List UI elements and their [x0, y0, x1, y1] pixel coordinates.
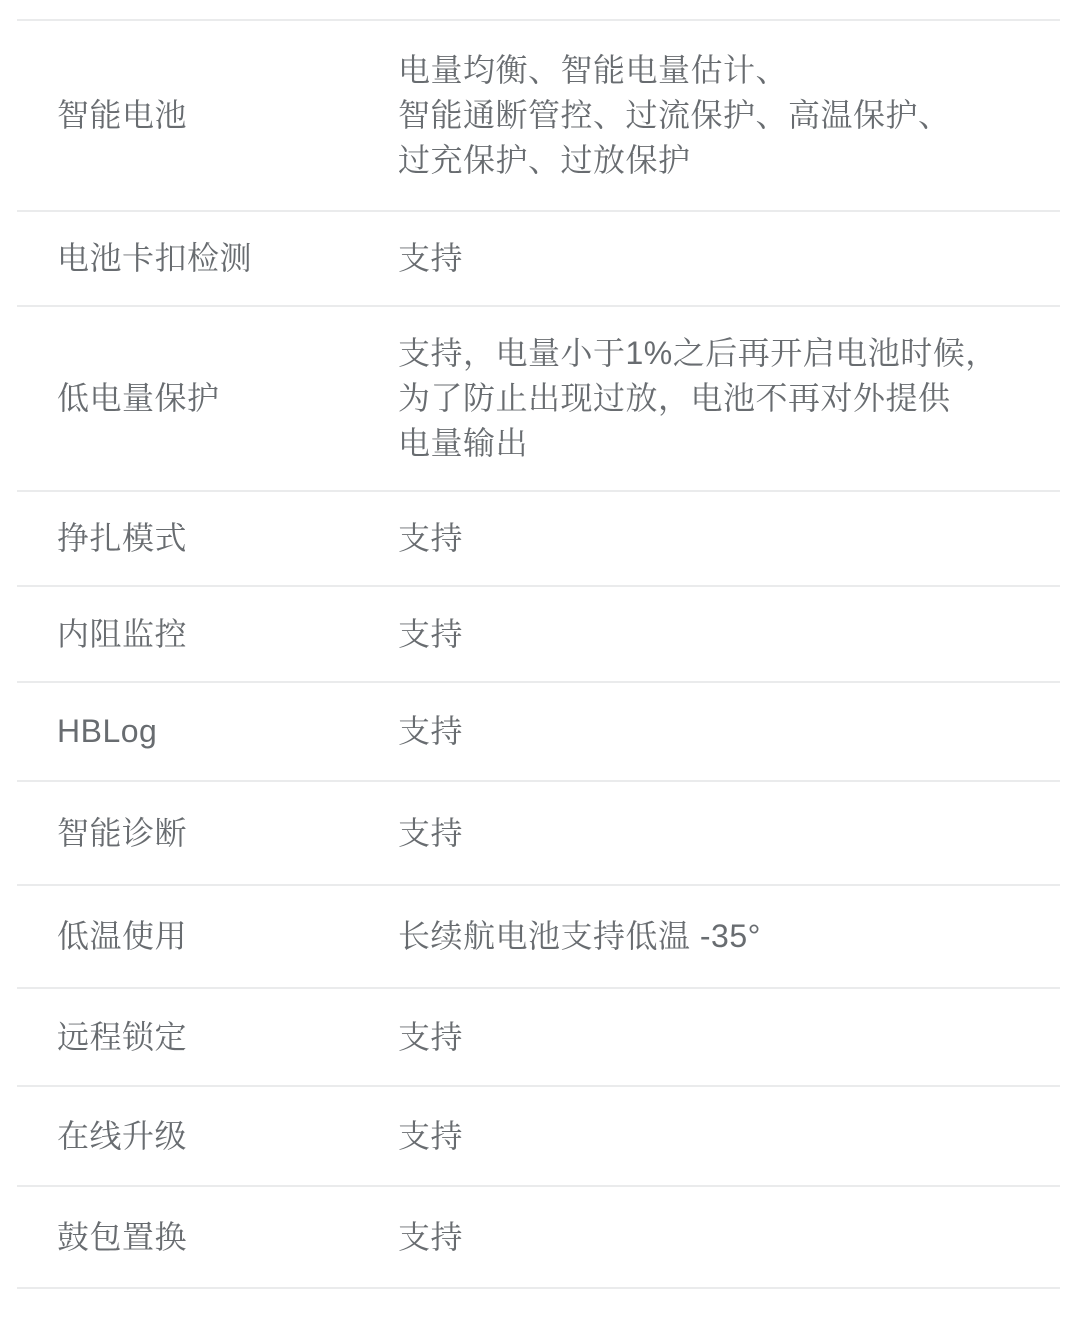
- spec-label: 鼓包置换: [57, 1215, 398, 1260]
- spec-row-smart-battery: 智能电池 电量均衡、智能电量估计、 智能通断管控、过流保护、高温保护、 过充保护…: [17, 21, 1060, 212]
- spec-row-hblog: HBLog 支持: [17, 683, 1060, 782]
- spec-value: 支持，电量小于1%之后再开启电池时候， 为了防止出现过放，电池不再对外提供 电量…: [398, 331, 1060, 466]
- spec-row-struggle-mode: 挣扎模式 支持: [17, 492, 1060, 587]
- spec-value: 支持: [398, 1015, 1060, 1060]
- spec-value: 支持: [398, 236, 1060, 281]
- spec-value: 支持: [398, 516, 1060, 561]
- spec-row-low-temperature-use: 低温使用 长续航电池支持低温 -35°: [17, 886, 1060, 989]
- spec-value: 支持: [398, 709, 1060, 754]
- spec-row-battery-buckle-detection: 电池卡扣检测 支持: [17, 212, 1060, 307]
- spec-value: 支持: [398, 1215, 1060, 1260]
- spec-label: 远程锁定: [57, 1015, 398, 1060]
- spec-label: 在线升级: [57, 1114, 398, 1159]
- spec-label: 内阻监控: [57, 612, 398, 657]
- spec-label: HBLog: [57, 709, 398, 754]
- spec-row-online-upgrade: 在线升级 支持: [17, 1087, 1060, 1187]
- spec-value: 支持: [398, 1114, 1060, 1159]
- spec-row-low-battery-protection: 低电量保护 支持，电量小于1%之后再开启电池时候， 为了防止出现过放，电池不再对…: [17, 307, 1060, 492]
- battery-spec-table: 智能电池 电量均衡、智能电量估计、 智能通断管控、过流保护、高温保护、 过充保护…: [17, 19, 1060, 1289]
- spec-label: 低温使用: [57, 914, 398, 959]
- spec-label: 智能诊断: [57, 811, 398, 856]
- spec-row-remote-lock: 远程锁定 支持: [17, 989, 1060, 1087]
- spec-row-internal-resistance-monitoring: 内阻监控 支持: [17, 587, 1060, 683]
- spec-label: 挣扎模式: [57, 516, 398, 561]
- spec-value: 支持: [398, 811, 1060, 856]
- spec-value: 支持: [398, 612, 1060, 657]
- spec-row-smart-diagnosis: 智能诊断 支持: [17, 782, 1060, 886]
- spec-value: 长续航电池支持低温 -35°: [398, 914, 1060, 959]
- spec-row-swollen-battery-replacement: 鼓包置换 支持: [17, 1187, 1060, 1289]
- spec-label: 智能电池: [57, 93, 398, 138]
- spec-label: 电池卡扣检测: [57, 236, 398, 281]
- spec-value: 电量均衡、智能电量估计、 智能通断管控、过流保护、高温保护、 过充保护、过放保护: [398, 48, 1060, 183]
- spec-label: 低电量保护: [57, 376, 398, 421]
